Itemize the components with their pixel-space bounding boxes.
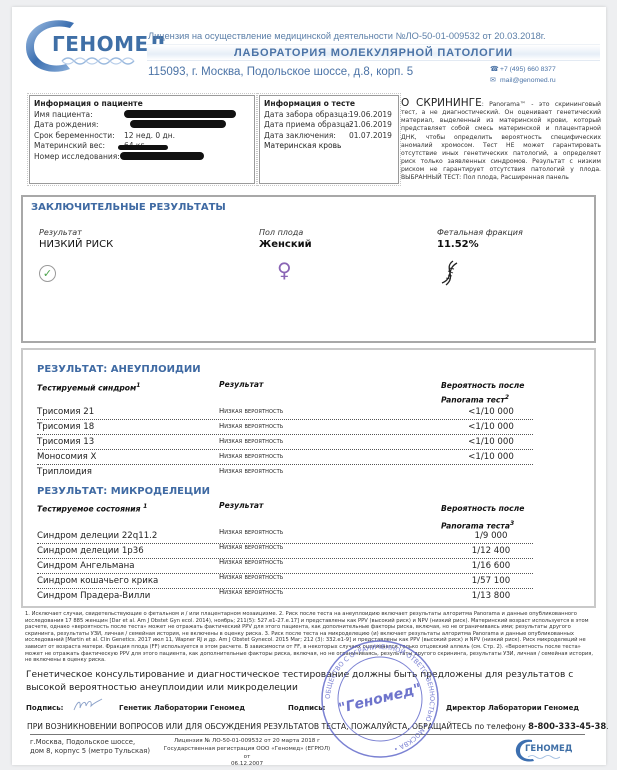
license-line: Лицензия на осуществление медицинской де… bbox=[148, 31, 546, 41]
col-syndrome: Тестируемый синдром1 bbox=[37, 382, 140, 393]
footer-logo: ГЕНОМЕД bbox=[514, 738, 564, 763]
table-row: Синдром АнгельманаНизкая вероятность1/16… bbox=[37, 561, 533, 574]
phone-number: +7 (495) 660 8377 bbox=[500, 66, 556, 73]
handwritten-signature-icon bbox=[72, 696, 106, 714]
row-probability: 1/13 800 bbox=[441, 591, 541, 601]
field-value: 01.07.2019 bbox=[349, 131, 392, 142]
about-screening: О СКРИНИНГЕ: Panorama™ - это скрининговы… bbox=[401, 99, 601, 183]
redaction-mark bbox=[130, 120, 226, 128]
test-info-title: Информация о тесте bbox=[264, 99, 394, 110]
genomed-logo: ГЕНОМЕД bbox=[22, 17, 144, 75]
row-name: Трисомия 21 bbox=[37, 407, 94, 417]
hotline-phone[interactable]: 8-800-333-45-38 bbox=[528, 721, 606, 731]
collection-date-row: Дата забора образца: 19.06.2019 bbox=[264, 110, 394, 121]
footer-license-line: 06.12.2007 bbox=[162, 761, 332, 769]
phone-icon: ☎ bbox=[490, 64, 500, 75]
row-result: Низкая вероятность bbox=[219, 573, 283, 581]
footnotes: 1. Исключает случаи, свидетельствующие о… bbox=[25, 611, 595, 664]
contact-block: ☎+7 (495) 660 8377 ✉mail@genomed.ru bbox=[490, 64, 556, 86]
study-number-row: Номер исследования: bbox=[34, 152, 250, 163]
row-result: Низкая вероятность bbox=[219, 558, 283, 566]
row-result: Низкая вероятность bbox=[219, 407, 283, 415]
col-probability: Вероятность послеPanorama тест2 bbox=[441, 380, 524, 407]
row-result: Низкая вероятность bbox=[219, 467, 283, 475]
footer-divider bbox=[30, 734, 585, 735]
row-name: Синдром делеции 22q11.2 bbox=[37, 531, 157, 541]
col-result: Результат bbox=[219, 380, 263, 389]
aneuploidy-title: РЕЗУЛЬТАТ: АНЕУПЛОИДИИ bbox=[37, 364, 201, 375]
footer-address-line: дом 8, корпус 5 (метро Тульская) bbox=[30, 747, 150, 756]
row-name: Триплоидия bbox=[37, 467, 92, 477]
result-column: Результат НИЗКИЙ РИСК bbox=[39, 228, 113, 250]
field-label: Имя пациента: bbox=[34, 110, 114, 121]
result-label: Результат bbox=[39, 228, 113, 237]
female-symbol-icon: ♀ bbox=[277, 260, 292, 280]
test-info-box: Информация о тесте Дата забора образца: … bbox=[259, 95, 399, 184]
table-row: Синдром кошачьего крикаНизкая вероятност… bbox=[37, 576, 533, 589]
patient-info-box: Информация о пациенте Имя пациента: Дата… bbox=[29, 95, 255, 184]
row-name: Синдром Прадера-Вилли bbox=[37, 591, 150, 601]
field-label: Дата заключения: bbox=[264, 131, 349, 142]
row-result: Низкая вероятность bbox=[219, 528, 283, 536]
col-condition: Тестируемое состояния 1 bbox=[37, 503, 147, 514]
row-probability: <1/10 000 bbox=[441, 407, 541, 417]
lab-name: ЛАБОРАТОРИЯ МОЛЕКУЛЯРНОЙ ПАТОЛОГИИ bbox=[147, 44, 600, 61]
final-results-title: ЗАКЛЮЧИТЕЛЬНЫЕ РЕЗУЛЬТАТЫ bbox=[31, 202, 226, 213]
footer-address-line: г.Москва, Подольское шоссе, bbox=[30, 738, 150, 747]
microdeletion-title: РЕЗУЛЬТАТ: МИКРОДЕЛЕЦИИ bbox=[37, 486, 210, 497]
field-label: Срок беременности: bbox=[34, 131, 114, 142]
about-title: О СКРИНИНГЕ bbox=[401, 97, 482, 109]
results-panel: РЕЗУЛЬТАТ: АНЕУПЛОИДИИ Тестируемый синдр… bbox=[21, 348, 596, 608]
col-probability: Вероятность послеPanorama теста3 bbox=[441, 501, 524, 534]
redaction-mark bbox=[118, 145, 168, 150]
row-result: Низкая вероятность bbox=[219, 437, 283, 445]
counseling-note: Генетическое консультирование и диагност… bbox=[26, 669, 596, 694]
field-value: 21.06.2019 bbox=[349, 120, 392, 131]
receipt-date-row: Дата приема образца: 21.06.2019 bbox=[264, 120, 394, 131]
row-name: Моносомия Х bbox=[37, 452, 96, 462]
contact-line: ПРИ ВОЗНИКНОВЕНИИ ВОПРОСОВ ИЛИ ДЛЯ ОБСУЖ… bbox=[27, 721, 587, 731]
row-result: Низкая вероятность bbox=[219, 543, 283, 551]
row-probability: <1/10 000 bbox=[441, 452, 541, 462]
row-probability: 1/12 400 bbox=[441, 546, 541, 556]
row-probability: <1/10 000 bbox=[441, 422, 541, 432]
table-row: Трисомия 13Низкая вероятность<1/10 000 bbox=[37, 437, 533, 450]
field-label: Дата рождения: bbox=[34, 120, 114, 131]
director-role: Директор Лаборатории Геномед bbox=[446, 704, 579, 712]
row-probability: 1/16 600 bbox=[441, 561, 541, 571]
gestation-row: Срок беременности: 12 нед. 0 дн. bbox=[34, 131, 250, 142]
redaction-mark bbox=[124, 110, 236, 118]
footer-logo-text: ГЕНОМЕД bbox=[525, 744, 572, 754]
footer-license: Лицензия № ЛО-50-01-009532 от 20 марта 2… bbox=[162, 738, 332, 769]
row-result: Низкая вероятность bbox=[219, 588, 283, 596]
geneticist-role: Генетик Лаборатории Геномед bbox=[119, 704, 245, 712]
table-row: Трисомия 21Низкая вероятность<1/10 000 bbox=[37, 407, 533, 420]
fetal-fraction-column: Фетальная фракция 11.52% bbox=[437, 228, 523, 250]
footer-address: г.Москва, Подольское шоссе, дом 8, корпу… bbox=[30, 738, 150, 756]
birthdate-row: Дата рождения: bbox=[34, 120, 250, 131]
table-row: Синдром делеции 22q11.2Низкая вероятност… bbox=[37, 531, 533, 544]
field-value: 19.06.2019 bbox=[349, 110, 392, 121]
report-date-row: Дата заключения: 01.07.2019 bbox=[264, 131, 394, 142]
fetal-sex-value: Женский bbox=[259, 239, 312, 250]
mail-icon: ✉ bbox=[490, 75, 500, 86]
field-label: Номер исследования: bbox=[34, 152, 114, 163]
fetal-sex-label: Пол плода bbox=[259, 228, 312, 237]
table-row: Трисомия 18Низкая вероятность<1/10 000 bbox=[37, 422, 533, 435]
sample-type: Материнская кровь bbox=[264, 141, 394, 152]
final-results-panel: ЗАКЛЮЧИТЕЛЬНЫЕ РЕЗУЛЬТАТЫ Результат НИЗК… bbox=[21, 195, 596, 343]
row-name: Синдром кошачьего крика bbox=[37, 576, 158, 586]
contact-text: ПРИ ВОЗНИКНОВЕНИИ ВОПРОСОВ ИЛИ ДЛЯ ОБСУЖ… bbox=[27, 722, 528, 731]
check-circle-icon: ✓ bbox=[39, 265, 56, 282]
row-name: Синдром делеции 1p36 bbox=[37, 546, 144, 556]
fetal-fraction-label: Фетальная фракция bbox=[437, 228, 523, 237]
signature-label-director: Подпись: bbox=[288, 704, 325, 712]
row-probability: 1/57 100 bbox=[441, 576, 541, 586]
row-name: Трисомия 18 bbox=[37, 422, 94, 432]
row-probability: <1/10 000 bbox=[441, 437, 541, 447]
row-name: Синдром Ангельмана bbox=[37, 561, 135, 571]
field-label: Дата приема образца: bbox=[264, 120, 349, 131]
lab-address: 115093, г. Москва, Подольское шоссе, д.8… bbox=[148, 66, 413, 78]
table-row: ТриплоидияНизкая вероятность bbox=[37, 467, 533, 480]
signature-row: Подпись: Генетик Лаборатории Геномед Под… bbox=[26, 702, 596, 716]
field-value: 12 нед. 0 дн. bbox=[124, 131, 175, 142]
row-probability: 1/9 000 bbox=[441, 531, 541, 541]
row-result: Низкая вероятность bbox=[219, 452, 283, 460]
about-text: : Panorama™ - это скрининговый тест, а н… bbox=[401, 101, 601, 181]
col-result: Результат bbox=[219, 501, 263, 510]
footer-license-line: Лицензия № ЛО-50-01-009532 от 20 марта 2… bbox=[162, 738, 332, 746]
result-value: НИЗКИЙ РИСК bbox=[39, 239, 113, 250]
field-label: Дата забора образца: bbox=[264, 110, 349, 121]
dna-icon bbox=[440, 260, 460, 286]
fetal-fraction-value: 11.52% bbox=[437, 239, 523, 250]
redaction-mark bbox=[120, 152, 204, 160]
email-link[interactable]: mail@genomed.ru bbox=[500, 77, 556, 84]
fetal-sex-column: Пол плода Женский bbox=[259, 228, 312, 250]
patient-name-row: Имя пациента: bbox=[34, 110, 250, 121]
field-label: Материнский вес: bbox=[34, 141, 114, 152]
patient-info-title: Информация о пациенте bbox=[34, 99, 250, 110]
row-result: Низкая вероятность bbox=[219, 422, 283, 430]
table-row: Синдром Прадера-ВиллиНизкая вероятность1… bbox=[37, 591, 533, 604]
report-page: ГЕНОМЕД Лицензия на осуществление медици… bbox=[12, 7, 606, 765]
table-row: Синдром делеции 1p36Низкая вероятность1/… bbox=[37, 546, 533, 559]
contact-end: . bbox=[606, 722, 608, 731]
row-name: Трисомия 13 bbox=[37, 437, 94, 447]
table-row: Моносомия ХНизкая вероятность<1/10 000 bbox=[37, 452, 533, 465]
signature-label-geneticist: Подпись: bbox=[26, 704, 63, 712]
footer-license-line: Государственная регистрация ООО «Геномед… bbox=[162, 746, 332, 762]
maternal-weight-row: Материнский вес: 64 кг. bbox=[34, 141, 250, 152]
